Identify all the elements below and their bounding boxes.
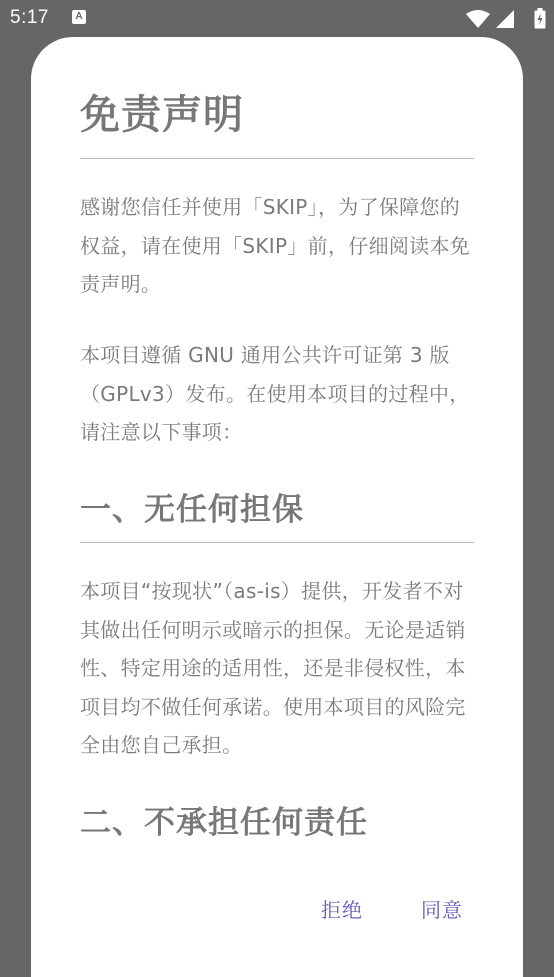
license-paragraph: 本项目遵循 GNU 通用公共许可证第 3 版（GPLv3）发布。在使用本项目的过… [80,336,474,452]
wifi-icon [466,10,490,28]
dialog-title: 免责声明 [80,89,244,141]
section-heading-no-liability: 二、不承担任何责任 [80,803,368,843]
signal-icon [496,10,514,28]
dialog-actions: 拒绝 同意 [321,895,463,925]
battery-charging-icon [534,8,546,29]
title-divider [80,158,474,159]
section-divider [80,542,474,543]
agree-button[interactable]: 同意 [421,895,463,925]
no-warranty-paragraph: 本项目“按现状”（as-is）提供，开发者不对其做出任何明示或暗示的担保。无论是… [80,572,474,765]
status-bar: 5:17 A [0,0,554,37]
notification-a-icon: A [72,10,86,24]
status-time: 5:17 [10,7,49,29]
intro-paragraph: 感谢您信任并使用「SKIP」，为了保障您的权益，请在使用「SKIP」前，仔细阅读… [80,188,474,304]
disclaimer-dialog: 免责声明 感谢您信任并使用「SKIP」，为了保障您的权益，请在使用「SKIP」前… [31,37,523,944]
section-heading-no-warranty: 一、无任何担保 [80,490,304,530]
reject-button[interactable]: 拒绝 [321,895,363,925]
